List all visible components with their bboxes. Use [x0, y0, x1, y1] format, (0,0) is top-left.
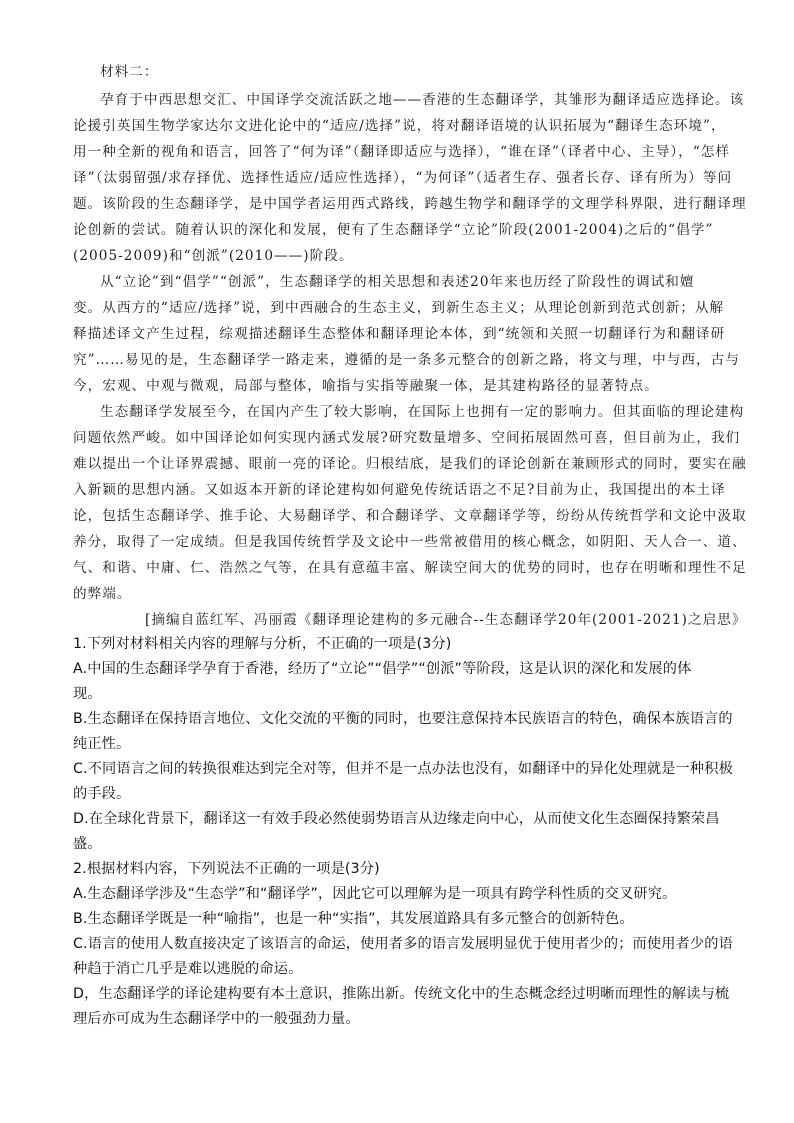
question-1-option-b-cont: 纯正性。	[73, 734, 130, 754]
question-1-option-d: D.在全球化背景下，翻译这一有效手段必然使弱势语言从边缘走向中心，从而使文化生态…	[73, 809, 720, 829]
paragraph-1-line-4: 译”（汰弱留强/求存择优、选择性适应/适应性选择），“为何译”（适者生存、强者长…	[73, 168, 732, 188]
paragraph-2-line-1: 从“立论”到“倡学”“创派”，生态翻译学的相关思想和表述20年来也历经了阶段性的…	[100, 272, 695, 292]
paragraph-3-line-2: 问题依然严峻。如中国译论如何实现内涵式发展?研究数量增多、空间拓展固然可喜，但目…	[73, 428, 740, 448]
paragraph-3-line-8: 的弊端。	[73, 584, 132, 604]
paragraph-2-line-5: 今，宏观、中观与微观，局部与整体，喻指与实指等融聚一体，是其建构路径的显著特点。	[73, 376, 659, 396]
paragraph-2-line-4: 究”……易见的是，生态翻译学一路走来，遵循的是一条多元整合的创新之路，将文与理，…	[73, 350, 740, 370]
paragraph-1-line-5: 题。该阶段的生态翻译学，是中国学者运用西式路线，跨越生物学和翻译学的文理学科界限…	[73, 194, 747, 214]
question-1-option-d-cont: 盛。	[73, 834, 102, 854]
document-page: 材料二： 孕育于中西思想交汇、中国译学交流活跃之地——香港的生态翻译学，其雏形为…	[0, 0, 794, 1123]
paragraph-3-line-3: 难以提出一个让译界震撼、眼前一亮的译论。归根结底，是我们的译论创新在兼顾形式的同…	[73, 454, 747, 474]
paragraph-1-line-3: 用一种全新的视角和语言，回答了“何为译”（翻译即适应与选择），“谁在译”（译者中…	[73, 142, 730, 162]
paragraph-3-line-4: 入新颖的思想内涵。又如返本开新的译论建构如何避免传统话语之不足?目前为止，我国提…	[73, 480, 726, 500]
paragraph-3-line-6: 养分，取得了一定成绩。但是我国传统哲学及文论中一些常被借用的核心概念，如阴阳、天…	[73, 532, 747, 552]
question-1-option-a-cont: 现。	[73, 684, 102, 704]
material-heading: 材料二：	[100, 62, 159, 82]
paragraph-3-line-5: 论，包括生态翻译学、推手论、大易翻译学、和合翻译学、文章翻译学等，纷纷从传统哲学…	[73, 506, 747, 526]
paragraph-2-line-2: 变。从西方的“适应/选择”说，到中西融合的生态主义，到新生态主义；从理论创新到范…	[73, 298, 724, 318]
paragraph-1-line-6: 论创新的尝试。随着认识的深化和发展，便有了生态翻译学“立论”阶段(2001-20…	[73, 220, 713, 240]
paragraph-3-line-1: 生态翻译学发展至今，在国内产生了较大影响，在国际上也拥有一定的影响力。但其面临的…	[100, 402, 744, 422]
question-2-option-c-cont: 种趋于消亡几乎是难以逃脱的命运。	[73, 959, 302, 979]
question-2-option-d: D，生态翻译学的译论建构要有本土意识，推陈出新。传统文化中的生态概念经过明晰而理…	[73, 984, 729, 1004]
paragraph-1-line-1: 孕育于中西思想交汇、中国译学交流活跃之地——香港的生态翻译学，其雏形为翻译适应选…	[100, 90, 744, 110]
question-1-option-c-cont: 的手段。	[73, 784, 130, 804]
paragraph-2-line-3: 释描述译文产生过程，综观描述翻译生态整体和翻译理论本体，到“统领和关照一切翻译行…	[73, 324, 725, 344]
question-1-stem: 1.下列对材料相关内容的理解与分析，不正确的一项是(3分)	[73, 634, 452, 654]
paragraph-3-line-7: 气、和谐、中庸、仁、浩然之气等，在具有意蕴丰富、解读空间大的优势的同时，也存在明…	[73, 558, 747, 578]
question-1-option-c: C.不同语言之间的转换很难达到完全对等，但并不是一点办法也没有，如翻译中的异化处…	[73, 759, 733, 779]
question-2-option-d-cont: 理后亦可成为生态翻译学中的一般强劲力量。	[73, 1009, 360, 1029]
question-2-stem: 2.根据材料内容，下列说法不正确的一项是(3分)	[73, 859, 380, 879]
paragraph-1-line-2: 论援引英国生物学家达尔文进化论中的“适应/选择”说，将对翻译语境的认识拓展为“翻…	[73, 116, 726, 136]
paragraph-1-line-7: (2005-2009)和“创派”(2010——)阶段。	[73, 246, 354, 266]
question-1-option-b: B.生态翻译在保持语言地位、文化交流的平衡的同时，也要注意保持本民族语言的特色，…	[73, 709, 733, 729]
question-2-option-c: C.语言的使用人数直接决定了该语言的命运，使用者多的语言发展明显优于使用者少的；…	[73, 934, 733, 954]
question-2-option-a: A.生态翻译学涉及“生态学”和“翻译学”，因此它可以理解为是一项具有跨学科性质的…	[73, 884, 676, 904]
source-citation: [摘编自蓝红军、冯丽霞《翻译理论建构的多元融合--生态翻译学20年(2001-2…	[145, 610, 747, 630]
question-2-option-b: B.生态翻译学既是一种“喻指”，也是一种“实指”，其发展道路具有多元整合的创新特…	[73, 909, 634, 929]
question-1-option-a: A.中国的生态翻译学孕育于香港，经历了“立论”“倡学”“创派”等阶段，这是认识的…	[73, 659, 691, 679]
